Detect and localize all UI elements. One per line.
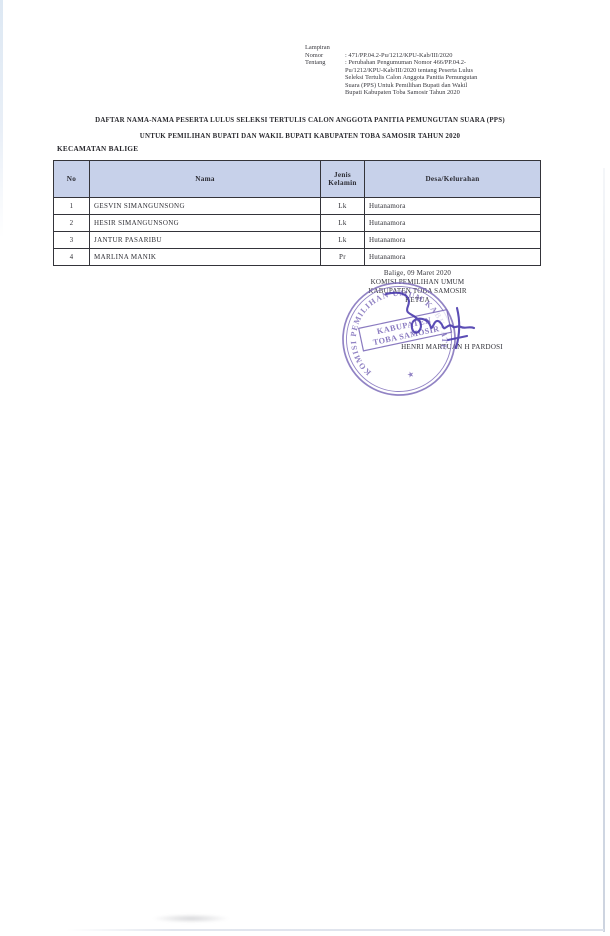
scan-artifact-right-edge (603, 168, 605, 932)
nomor-value: : 471/PP.04.2-Pu/1212/KPU-Kab/III/2020 (345, 52, 550, 60)
tentang-value: : Perubahan Pengumuman Nomor 466/PP.04.2… (345, 59, 550, 97)
kecamatan-heading: KECAMATAN BALIGE (57, 145, 138, 153)
cell-jenis: Lk (321, 232, 365, 249)
signature-scribble (368, 292, 498, 360)
cell-nama: JANTUR PASARIBU (90, 232, 321, 249)
tentang-label: Tentang (305, 59, 345, 97)
cell-desa: Hutanamora (365, 249, 541, 266)
tentang-line: Seleksi Tertulis Calon Anggota Panitia P… (345, 74, 550, 82)
cell-nama: GESVIN SIMANGUNSONG (90, 198, 321, 215)
participants-table: No Nama Jenis Kelamin Desa/Kelurahan 1 G… (53, 160, 541, 266)
doc-title-line2: UNTUK PEMILIHAN BUPATI DAN WAKIL BUPATI … (40, 133, 560, 140)
place-date: Balige, 09 Maret 2020 (330, 269, 505, 278)
col-header-jenis-kelamin: Jenis Kelamin (321, 161, 365, 198)
scan-artifact-smudge (152, 914, 230, 923)
cell-jenis: Lk (321, 215, 365, 232)
lampiran-label: Lampiran (305, 44, 345, 52)
cell-desa: Hutanamora (365, 198, 541, 215)
cell-no: 4 (54, 249, 90, 266)
tentang-line: Suara (PPS) Untuk Pemilihan Bupati dan W… (345, 82, 550, 90)
tentang-line: Bupati Kabupaten Toba Samosir Tahun 2020 (345, 89, 550, 97)
cell-jenis: Lk (321, 198, 365, 215)
col-header-no: No (54, 161, 90, 198)
cell-no: 2 (54, 215, 90, 232)
table-row: 4 MARLINA MANIK Pr Hutanamora (54, 249, 541, 266)
scan-artifact-left-edge (0, 0, 3, 238)
cell-no: 1 (54, 198, 90, 215)
scanned-document-page: { "ref": { "lampiran_label": "Lampiran",… (0, 0, 610, 936)
scan-artifact-bottom-edge (66, 929, 604, 931)
table-row: 3 JANTUR PASARIBU Lk Hutanamora (54, 232, 541, 249)
cell-no: 3 (54, 232, 90, 249)
tentang-line: Pu/1212/KPU-Kab/III/2020 tentang Peserta… (345, 67, 550, 75)
cell-nama: MARLINA MANIK (90, 249, 321, 266)
tentang-line: : Perubahan Pengumuman Nomor 466/PP.04.2… (345, 59, 550, 67)
participants-table-wrap: No Nama Jenis Kelamin Desa/Kelurahan 1 G… (53, 160, 541, 266)
cell-desa: Hutanamora (365, 215, 541, 232)
reference-block: Lampiran Nomor : 471/PP.04.2-Pu/1212/KPU… (305, 44, 550, 97)
col-header-nama: Nama (90, 161, 321, 198)
table-header-row: No Nama Jenis Kelamin Desa/Kelurahan (54, 161, 541, 198)
doc-title-line1: DAFTAR NAMA-NAMA PESERTA LULUS SELEKSI T… (40, 117, 560, 124)
nomor-label: Nomor (305, 52, 345, 60)
col-header-desa: Desa/Kelurahan (365, 161, 541, 198)
table-row: 1 GESVIN SIMANGUNSONG Lk Hutanamora (54, 198, 541, 215)
stamp-star-icon: ★ (406, 369, 416, 380)
table-row: 2 HESIR SIMANGUNSONG Lk Hutanamora (54, 215, 541, 232)
cell-desa: Hutanamora (365, 232, 541, 249)
cell-nama: HESIR SIMANGUNSONG (90, 215, 321, 232)
cell-jenis: Pr (321, 249, 365, 266)
